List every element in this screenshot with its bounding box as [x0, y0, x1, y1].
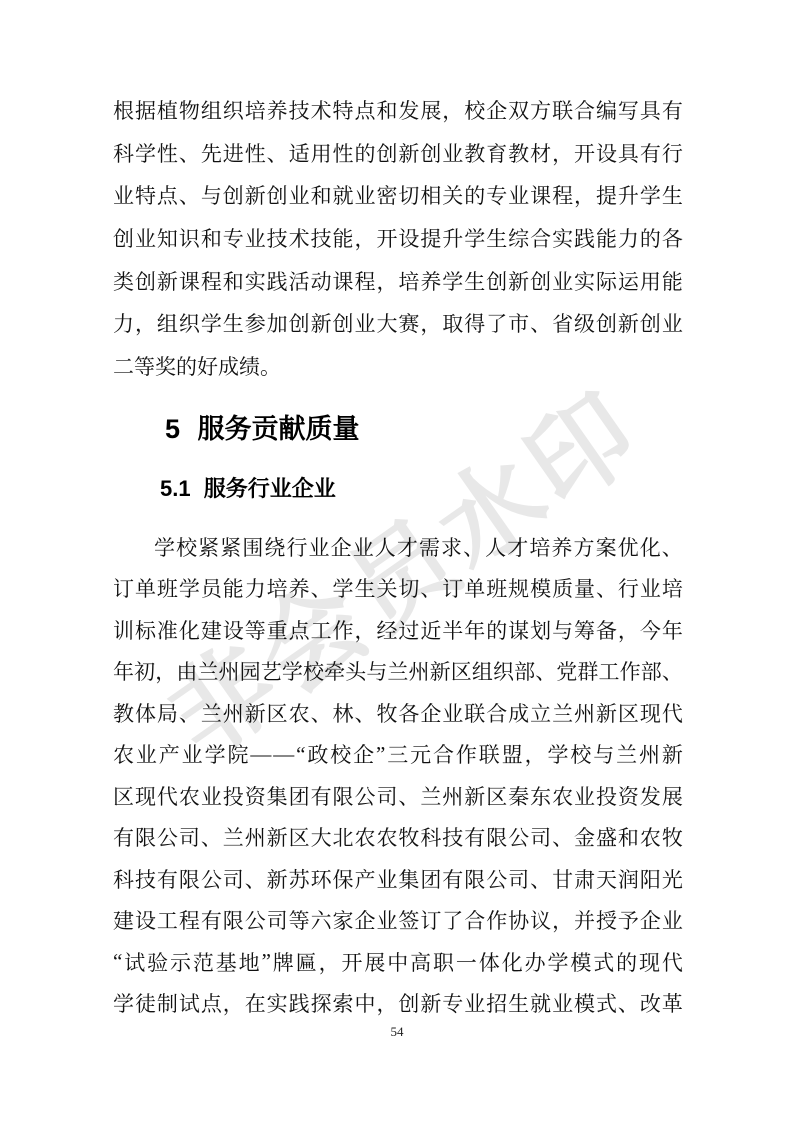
text-line: “试验示范基地”牌匾，开展中高职一体化办学模式的现代 [113, 941, 683, 983]
section-heading: 5 服务贡献质量 [165, 415, 360, 445]
paragraph-continuation: 根据植物组织培养技术特点和发展，校企双方联合编写具有科学性、先进性、适用性的创新… [113, 89, 683, 387]
text-line: 区现代农业投资集团有限公司、兰州新区秦东农业投资发展 [113, 775, 683, 817]
text-line: 根据植物组织培养技术特点和发展，校企双方联合编写具有 [113, 89, 683, 132]
text-line: 力，组织学生参加创新创业大赛，取得了市、省级创新创业 [113, 302, 683, 345]
text-line: 类创新课程和实践活动课程，培养学生创新创业实际运用能 [113, 259, 683, 302]
text-line: 订单班学员能力培养、学生关切、订单班规模质量、行业培 [113, 568, 683, 610]
text-line: 有限公司、兰州新区大北农农牧科技有限公司、金盛和农牧 [113, 817, 683, 859]
subsection-heading: 5.1 服务行业企业 [160, 477, 336, 501]
paragraph-body: 学校紧紧围绕行业企业人才需求、人才培养方案优化、订单班学员能力培养、学生关切、订… [113, 526, 683, 1024]
text-line: 二等奖的好成绩。 [113, 345, 683, 388]
document-page: 非会员水印 根据植物组织培养技术特点和发展，校企双方联合编写具有科学性、先进性、… [0, 0, 794, 1123]
text-line: 科技有限公司、新苏环保产业集团有限公司、甘肃天润阳光 [113, 858, 683, 900]
text-line: 业特点、与创新创业和就业密切相关的专业课程，提升学生 [113, 174, 683, 217]
text-line: 训标准化建设等重点工作，经过近半年的谋划与筹备，今年 [113, 609, 683, 651]
text-line: 创业知识和专业技术技能，开设提升学生综合实践能力的各 [113, 217, 683, 260]
page-number: 54 [0, 1024, 794, 1040]
text-line: 农业产业学院——“政校企”三元合作联盟，学校与兰州新 [113, 734, 683, 776]
text-line: 教体局、兰州新区农、林、牧各企业联合成立兰州新区现代 [113, 692, 683, 734]
text-line: 科学性、先进性、适用性的创新创业教育教材，开设具有行 [113, 132, 683, 175]
text-line: 建设工程有限公司等六家企业签订了合作协议，并授予企业 [113, 900, 683, 942]
text-line: 学校紧紧围绕行业企业人才需求、人才培养方案优化、 [113, 526, 683, 568]
text-line: 学徒制试点，在实践探索中，创新专业招生就业模式、改革 [113, 983, 683, 1025]
text-line: 年初，由兰州园艺学校牵头与兰州新区组织部、党群工作部、 [113, 651, 683, 693]
